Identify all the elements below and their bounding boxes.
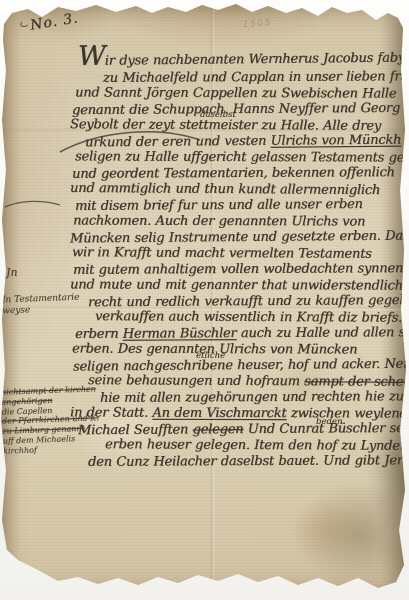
handwritten-text: hie mit allen zugehörungen und rechten h…	[100, 389, 409, 406]
handwritten-text: ir dyse nachbenanten Wernherus Jacobus f…	[105, 50, 409, 69]
margin-note: Jn	[6, 266, 18, 280]
margin-note-text: kirchhof	[3, 445, 37, 455]
handwritten-text: zu Michaelfeld und Capplan in unser lieb…	[103, 69, 409, 86]
handwritten-text: recht und redlich verkaufft und zu kauff…	[88, 293, 409, 311]
manuscript-line: und Sannt Jörgen Cappellen zu Swebischen…	[75, 85, 396, 102]
manuscript-line: in der Statt. An dem Vischmarckt zwische…	[70, 405, 408, 422]
struck-passage: sampt der scheuren	[304, 374, 409, 390]
handwritten-text: und ammtiglich und thun kundt allermenni…	[70, 181, 380, 198]
handwritten-text: Müncken selig Instrumente und gesetzte e…	[70, 229, 409, 247]
handwritten-text: nachkomen. Auch der genannten Ulrichs vo…	[73, 213, 365, 229]
handwritten-text: wir in Krafft und macht vermelten Testam…	[72, 245, 372, 262]
struck-passage: gelegen	[192, 422, 243, 437]
underlined-passage: An dem Vischmarckt	[152, 406, 286, 421]
underlined-passage: Herman Büschler	[123, 326, 237, 342]
margin-note: nichtsampt der kirchenangehörigendie Cap…	[1, 384, 100, 456]
handwritten-text: den Cunz Heilacher daselbst bauet. Und g…	[88, 453, 409, 470]
manuscript-paper: No. 3. 1505 Wir dyse nachbenanten Wernhe…	[0, 0, 409, 600]
handwritten-text: mit disem brief fur uns und alle unser e…	[75, 197, 363, 214]
scan-background: No. 3. 1505 Wir dyse nachbenanten Wernhe…	[0, 0, 409, 600]
handwritten-text: verkauffen auch wissentlich in Krafft di…	[95, 309, 409, 326]
manuscript-line: wir in Krafft und macht vermelten Testam…	[72, 245, 372, 263]
manuscript-line: mit gutem anhaltigem vollen wolbedachten…	[73, 261, 403, 279]
handwritten-text: und Sannt Jörgen Cappellen zu Swebischen…	[75, 85, 396, 101]
manuscript-line: und geordent Testamentarien, bekennen of…	[72, 165, 395, 183]
manuscript-line: den Cunz Heilacher daselbst bauet. Und g…	[88, 453, 409, 471]
margin-note-text: uff dem Michaelis	[3, 434, 76, 446]
margin-note-text: weyse	[2, 305, 30, 316]
margin-note-text: Jn	[6, 266, 18, 279]
handwritten-text: urkund der eren und vesten	[85, 134, 271, 151]
handwritten-text: und geordent Testamentarien, bekennen of…	[72, 165, 395, 182]
handwritten-text: erbern	[75, 327, 123, 342]
manuscript-line: und mute und mit genannter that unwiders…	[70, 277, 403, 294]
manuscript-line: verkauffen auch wissentlich in Krafft di…	[95, 309, 409, 327]
handwritten-text: erben heuser gelegen. Item den hof zu Ly…	[105, 437, 408, 454]
manuscript-line: erben heuser gelegen. Item den hof zu Ly…	[105, 437, 408, 455]
handwritten-text: seligen zu Halle uffgericht gelassen Tes…	[75, 149, 409, 165]
manuscript-line: nachkomen. Auch der genannten Ulrichs vo…	[73, 213, 365, 230]
handwritten-text: zwischen weylend	[286, 406, 407, 421]
handwritten-text: mit gutem anhaltigem vollen wolbedachten…	[73, 261, 403, 278]
manuscript-line: zu Michaelfeld und Capplan in unser lieb…	[103, 69, 409, 87]
interlinear-insertion: beden	[316, 417, 342, 427]
handwritten-text: W	[78, 41, 105, 72]
interlinear-insertion: daselbst	[200, 110, 236, 120]
manuscript-line: erbern Herman Büschler auch zu Halle und…	[75, 325, 409, 343]
manuscript-line: urkund der eren und vesten Ulrichs von M…	[85, 133, 401, 152]
handwritten-text: seligen nachgeschribene heuser, hof und …	[73, 356, 409, 374]
manuscript-line: Wir dyse nachbenanten Wernherus Jacobus …	[78, 50, 409, 70]
handwritten-text: und mute und mit genannter that unwiders…	[70, 277, 403, 293]
manuscript-line: hie mit allen zugehörungen und rechten h…	[100, 389, 409, 407]
handwritten-text: auch zu Halle und allen seinen	[236, 325, 409, 341]
manuscript-line: seligen zu Halle uffgericht gelassen Tes…	[75, 149, 409, 166]
underlined-passage: Ulrichs von Münckh	[270, 133, 401, 149]
margin-note: Jn Testamentarieweyse	[2, 293, 80, 318]
margin-note-line: Jn	[6, 266, 18, 280]
manuscript-line: mit disem brief fur uns und alle unser e…	[75, 197, 363, 215]
manuscript-line: seine behausungen und hofraum sampt der …	[88, 373, 409, 391]
interlinear-insertion: etliche	[196, 351, 225, 361]
handwritten-text: seine behausungen und hofraum	[88, 373, 304, 389]
margin-note-text: Jn Testamentarie	[2, 293, 80, 306]
